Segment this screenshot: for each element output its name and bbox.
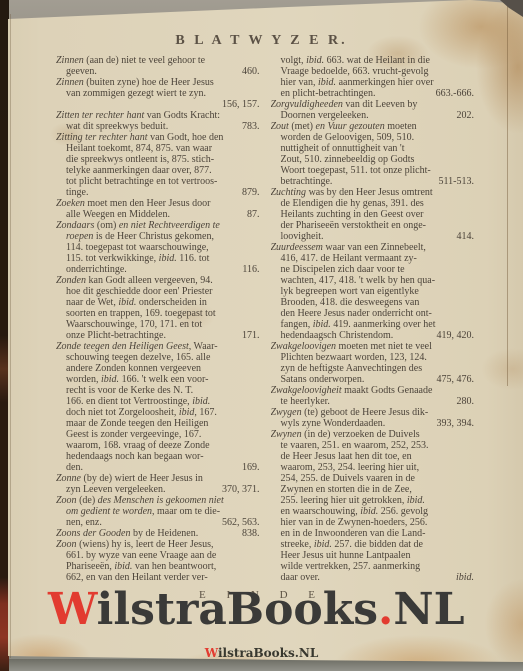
index-line: recht is voor de Kerke des N. T.	[56, 385, 260, 396]
index-line: Waarschouwinge, 170, 171. en tot	[56, 319, 260, 330]
index-line: en waarschouwing, ibid. 256. gevolg	[271, 506, 475, 517]
index-column-left: Zinnen (aan de) niet te veel gehoor tege…	[56, 55, 260, 583]
page-number-ref: 116.	[242, 264, 259, 275]
index-line: maar de Zonde teegen den Heiligen	[56, 418, 260, 429]
index-line: Zonne (by de) wiert de Heer Jesus in	[56, 473, 260, 484]
page-number-ref: 663.-666.	[436, 88, 474, 99]
index-line: andere Zonden konnen vergeeven	[56, 363, 260, 374]
watermark-body: ilstraBooks	[97, 584, 378, 635]
page-number-ref: 393, 394.	[437, 418, 475, 429]
index-line: te vaaren, 251. en waarom, 252, 253.	[271, 440, 475, 451]
page-title: B L A T W Y Z E R.	[0, 33, 523, 49]
page-number-ref: 280.	[457, 396, 475, 407]
index-line: tinge.879.	[56, 187, 260, 198]
index-line: Zout (met) en Vuur gezouten moeten	[271, 121, 475, 132]
index-line: Zoons der Gooden by de Heidenen.838.	[56, 528, 260, 539]
page-number-ref: 169.	[242, 462, 260, 473]
index-line: Phariseeën, ibid. van hen beantwoort,	[56, 561, 260, 572]
paper-crease-left	[10, 14, 11, 658]
index-line: streeke, ibid. 257. die bidden dat de	[271, 539, 475, 550]
index-line: roepen is de Heer Christus gekomen,	[56, 231, 260, 242]
index-line: soorten en trappen, 169. toegepast tot	[56, 308, 260, 319]
index-line: en in de Inwoonderen van die Land-	[271, 528, 475, 539]
index-line: worden, ibid. 166. 't welk een voor-	[56, 374, 260, 385]
index-columns: Zinnen (aan de) niet te veel gehoor tege…	[56, 55, 474, 583]
index-line: hier van in de Zwynen-hoeders, 256.	[271, 517, 475, 528]
index-line: Brooden, 418. die desweegens van	[271, 297, 475, 308]
page-number-ref: 783.	[242, 121, 260, 132]
page-number-ref: 419, 420.	[437, 330, 475, 341]
index-line: Woort toegepast, 511. tot onze plicht-	[271, 165, 475, 176]
index-line: Zuchting was by den Heer Jesus omtrent	[271, 187, 475, 198]
index-line: zyn Leeven vergeleeken.370, 371.	[56, 484, 260, 495]
index-line: hedendaags noch kan begaan wor-	[56, 451, 260, 462]
index-line: loovigheit.414.	[271, 231, 475, 242]
watermark-dot: .	[378, 584, 393, 635]
index-line: 662, en van den Heilant verder ver-	[56, 572, 260, 583]
index-line: Zonde teegen den Heiligen Geest, Waar-	[56, 341, 260, 352]
index-line: 416, 417. de Heilant vermaant zy-	[271, 253, 475, 264]
index-line: Heilants zuchting in den Geest over	[271, 209, 475, 220]
index-line: betrachtinge.511-513.	[271, 176, 475, 187]
index-line: Vraage bedoelde, 663. vrucht-gevolg	[271, 66, 475, 77]
index-line: tot plicht betrachtinge en tot vertroos-	[56, 176, 260, 187]
index-line: Zinnen (aan de) niet te veel gehoor te	[56, 55, 260, 66]
index-line: den.169.	[56, 462, 260, 473]
page-number-ref: 838.	[242, 528, 260, 539]
index-line: 661. by wyze van eene Vraage aan de	[56, 550, 260, 561]
index-line: zyn de heftigste Aanvechtingen des	[271, 363, 475, 374]
index-line: te heerlyker.280.	[271, 396, 475, 407]
index-line: nuttigheit of onnuttigheit van 't	[271, 143, 475, 154]
page-number-ref: 370, 371.	[222, 484, 260, 495]
page-number-ref: 156, 157.	[222, 99, 260, 110]
page-number-ref: 562, 563.	[222, 517, 260, 528]
index-line: alle Weegen en Middelen.87.	[56, 209, 260, 220]
index-line: Zwygen (te) geboot de Heere Jesus dik-	[271, 407, 475, 418]
index-line: lyk begreepen wort van eigentlyke	[271, 286, 475, 297]
index-line: volgt, ibid. 663. wat de Heilant in die	[271, 55, 475, 66]
index-line: daar over.ibid.	[271, 572, 475, 583]
index-line: Zoeken moet men den Heer Jesus door	[56, 198, 260, 209]
index-line: nen, enz.562, 563.	[56, 517, 260, 528]
page-number-ref: 87.	[247, 209, 260, 220]
index-line: onze Plicht-betrachtinge.171.	[56, 330, 260, 341]
page-number-ref: 475, 476.	[437, 374, 475, 385]
index-line: naar de Wet, ibid. onderscheiden in	[56, 297, 260, 308]
index-line: schouwing teegen dezelve, 165. alle	[56, 352, 260, 363]
index-line: om gedient te worden, maar om te die-	[56, 506, 260, 517]
index-line: waarom, 168. vraag of deeze Zonde	[56, 440, 260, 451]
page-number-ref: 460.	[242, 66, 260, 77]
watermark-initial: W	[48, 584, 97, 635]
watermark-small-tld: NL	[299, 646, 318, 660]
index-line: Zoon (de) des Menschen is gekoomen niet	[56, 495, 260, 506]
watermark-small-body: ilstraBooks	[218, 646, 295, 660]
page-number-ref: 202.	[457, 110, 475, 121]
index-line: der Phariseeën verstoktheit en onge-	[271, 220, 475, 231]
index-line: Zitten ter rechter hant van Godts Kracht…	[56, 110, 260, 121]
index-line: telyke aanmerkingen daar over, 877.	[56, 165, 260, 176]
index-line: Zwynen (in de) verzoeken de Duivels	[271, 429, 475, 440]
index-column-right: volgt, ibid. 663. wat de Heilant in dieV…	[271, 55, 475, 583]
book-spine-edge-shadow	[0, 0, 9, 671]
index-line: Zondaars (om) en niet Rechtveerdigen te	[56, 220, 260, 231]
index-line: de Heer Jesus laat hen dit toe, en	[271, 451, 475, 462]
index-line: worden de Geloovigen, 509, 510.	[271, 132, 475, 143]
index-line: 114. toegepast tot waarschouwinge,	[56, 242, 260, 253]
index-line: Zorgvuldigheeden van dit Leeven by	[271, 99, 475, 110]
index-line: die spreekwys ontleent is, 875. stich-	[56, 154, 260, 165]
index-line: wachten, 417, 418. 't welk by hen qua-	[271, 275, 475, 286]
index-line: Zonden kan Godt alleen vergeeven, 94.	[56, 275, 260, 286]
index-line: hedendaagsch Christendom.419, 420.	[271, 330, 475, 341]
index-line: Zuurdeessem waar van een Zinnebeelt,	[271, 242, 475, 253]
index-line: Zoon (wiens) hy is, leert de Heer Jesus,	[56, 539, 260, 550]
index-line: 156, 157.	[56, 99, 260, 110]
index-line: onderrichtinge.116.	[56, 264, 260, 275]
index-line: 254, 255. de Duivels vaaren in de	[271, 473, 475, 484]
paper-crease-right	[507, 6, 508, 386]
index-line: Zwakgeloovigen moeten met niet te veel	[271, 341, 475, 352]
watermark-tld: NL	[393, 584, 464, 635]
index-line: hier van, ibid. aanmerkingen hier over	[271, 77, 475, 88]
watermark-small-initial: W	[205, 646, 218, 660]
index-line: Zout, 510. zinnebeeldig op Godts	[271, 154, 475, 165]
index-line: wilde vertrekken, 257. aanmerking	[271, 561, 475, 572]
index-line: 255. leering hier uit getrokken, ibid.	[271, 495, 475, 506]
page-number-ref: 511-513.	[439, 176, 474, 187]
index-line: Satans onderworpen.475, 476.	[271, 374, 475, 385]
book-page-photo: B L A T W Y Z E R. Zinnen (aan de) niet …	[0, 0, 523, 671]
index-line: geeven.460.	[56, 66, 260, 77]
index-line: Zitting ter rechter hant van Godt, hoe d…	[56, 132, 260, 143]
index-line: 115. tot verkwikkinge, ibid. 116. tot	[56, 253, 260, 264]
index-line: Heer Jesus uit hunne Lantpaalen	[271, 550, 475, 561]
index-line: waarom, 253, 254. leering hier uit,	[271, 462, 475, 473]
index-line: Zwynen en storten die in de Zee,	[271, 484, 475, 495]
index-line: Geest is zonder vergeevinge, 167.	[56, 429, 260, 440]
page-number-ref: ibid.	[456, 572, 474, 583]
index-line: de Elendigen die hy genas, 391. des	[271, 198, 475, 209]
index-line: den Heere Jesus nader onderricht ont-	[271, 308, 475, 319]
watermark-small: WilstraBooks.NL	[0, 647, 523, 659]
watermark-large: WilstraBooks.NL	[48, 588, 464, 632]
index-line: doch niet tot Zorgeloosheit, ibid, 167.	[56, 407, 260, 418]
index-line: hoe dit geschiedde door een' Priester	[56, 286, 260, 297]
index-line: en plicht-betrachtingen.663.-666.	[271, 88, 475, 99]
index-line: wyls zyne Wonderdaaden.393, 394.	[271, 418, 475, 429]
index-line: Plichten bezwaart worden, 123, 124.	[271, 352, 475, 363]
index-line: fangen, ibid. 419. aanmerking over het	[271, 319, 475, 330]
index-line: Doornen vergeleeken.202.	[271, 110, 475, 121]
index-line: 166. en dient tot Vertroostinge, ibid.	[56, 396, 260, 407]
index-line: wat dit spreekwys beduit.783.	[56, 121, 260, 132]
page-number-ref: 879.	[242, 187, 260, 198]
page-number-ref: 414.	[457, 231, 475, 242]
index-line: van zommigen gezegt wiert te zyn.	[56, 88, 260, 99]
index-line: Zinnen (buiten zyne) hoe de Heer Jesus	[56, 77, 260, 88]
page-number-ref: 171.	[242, 330, 260, 341]
index-line: Zwakgeloovigheit maakt Godts Genaade	[271, 385, 475, 396]
index-line: ne Discipelen zich daar voor te	[271, 264, 475, 275]
index-line: Heilant toekomt, 874, 875. van waar	[56, 143, 260, 154]
